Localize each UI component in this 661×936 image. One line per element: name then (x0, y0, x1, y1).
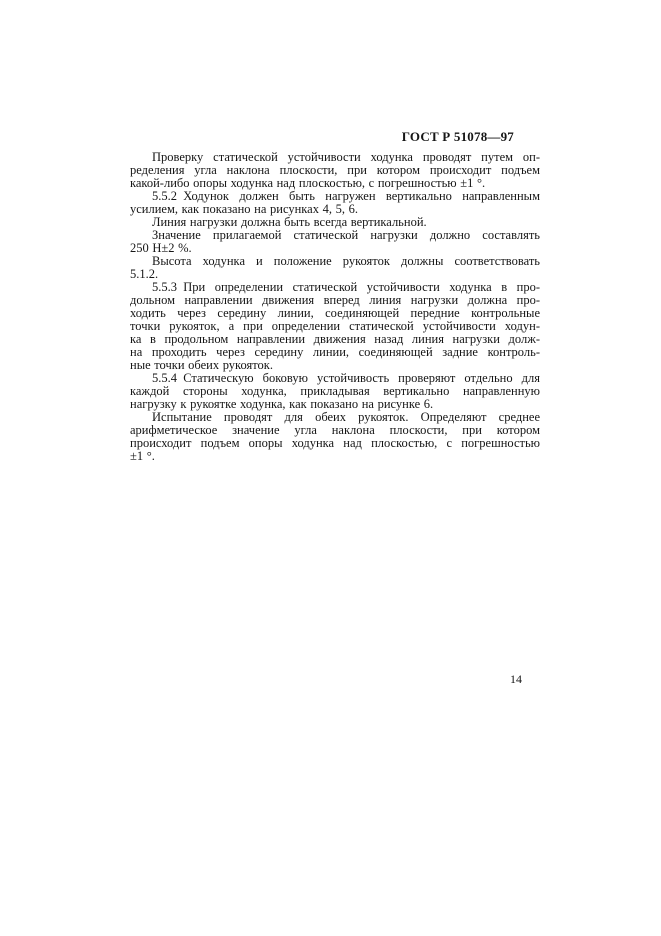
paragraph: Значение прилагаемой статической нагрузк… (130, 229, 540, 255)
text-line: происходит подъем опоры ходунка над плос… (130, 437, 540, 450)
text-line: Линия нагрузки должна быть всегда вертик… (130, 216, 540, 229)
paragraph-5-5-2: 5.5.2 Ходунок должен быть нагружен верти… (130, 190, 540, 216)
text-line: 5.1.2. (130, 268, 540, 281)
text-line: ределения угла наклона плоскости, при ко… (130, 164, 540, 177)
text-line: 250 Н±2 %. (130, 242, 540, 255)
paragraph: Проверку статической устойчивости ходунк… (130, 151, 540, 190)
text-line: на проходить через середину линии, соеди… (130, 346, 540, 359)
paragraph: Высота ходунка и положение рукояток долж… (130, 255, 540, 281)
paragraph: Испытание проводят для обеих рукояток. О… (130, 411, 540, 463)
text-line: дольном направлении движения вперед лини… (130, 294, 540, 307)
text-line: Высота ходунка и положение рукояток долж… (130, 255, 540, 268)
text-line: точки рукояток, а при определении статич… (130, 320, 540, 333)
text-line: 5.5.2 Ходунок должен быть нагружен верти… (130, 190, 540, 203)
text-line: нагрузку к рукоятке ходунка, как показан… (130, 398, 540, 411)
page-number: 14 (496, 673, 536, 686)
standard-header: ГОСТ Р 51078—97 (0, 130, 514, 144)
text-line: ные точки обеих рукояток. (130, 359, 540, 372)
text-line: Значение прилагаемой статической нагрузк… (130, 229, 540, 242)
paragraph: Линия нагрузки должна быть всегда вертик… (130, 216, 540, 229)
text-line: Испытание проводят для обеих рукояток. О… (130, 411, 540, 424)
text-line: какой-либо опоры ходунка над плоскостью,… (130, 177, 540, 190)
text-line: Проверку статической устойчивости ходунк… (130, 151, 540, 164)
document-page: ГОСТ Р 51078—97 Проверку статической уст… (0, 0, 661, 936)
text-line: каждой стороны ходунка, прикладывая верт… (130, 385, 540, 398)
text-line: ка в продольном направлении движения наз… (130, 333, 540, 346)
text-line: арифметическое значение угла наклона пло… (130, 424, 540, 437)
text-line: 5.5.4 Статическую боковую устойчивость п… (130, 372, 540, 385)
text-line: ходить через середину линии, соединяющей… (130, 307, 540, 320)
paragraph-5-5-3: 5.5.3 При определении статической устойч… (130, 281, 540, 372)
document-body: Проверку статической устойчивости ходунк… (130, 151, 540, 463)
paragraph-5-5-4: 5.5.4 Статическую боковую устойчивость п… (130, 372, 540, 411)
text-line: 5.5.3 При определении статической устойч… (130, 281, 540, 294)
text-line: ±1 °. (130, 450, 540, 463)
text-line: усилием, как показано на рисунках 4, 5, … (130, 203, 540, 216)
